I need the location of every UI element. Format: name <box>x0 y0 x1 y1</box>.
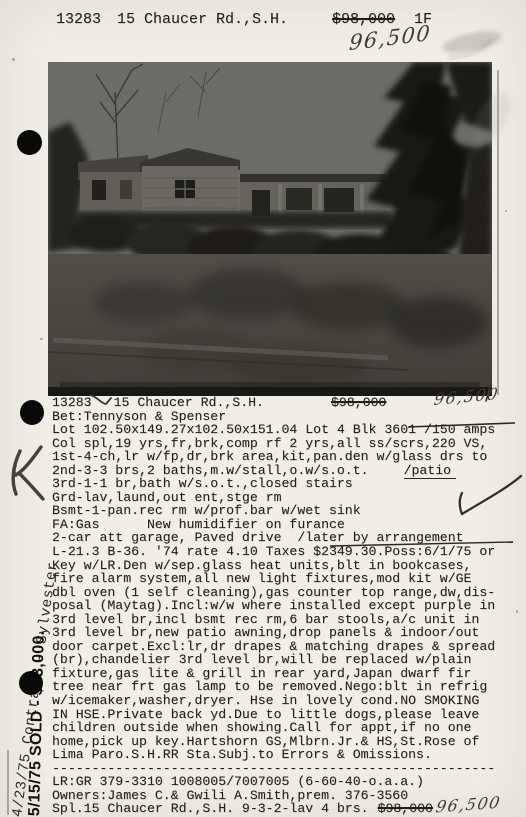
listing-row: L-21.3 B-36. '74 rate 4.10 Taxes $2349.3… <box>52 545 514 559</box>
listing-row: 1st-4-ch,lr w/fp,dr,brk area,kit,pan.den… <box>52 450 514 464</box>
listing-row: door carpet.Excl:lr,dr drapes & matching… <box>52 640 514 654</box>
header-address: 15 Chaucer Rd.,S.H. <box>117 11 288 28</box>
scan-speck <box>516 610 518 613</box>
listing-card-scan: 13283 15 Chaucer Rd.,S.H. $98,000 1F 96,… <box>0 0 526 817</box>
hole-punch <box>19 671 43 695</box>
listing-row: fixture,gas lite & grill in rear yard,Ja… <box>52 667 514 681</box>
listing-row-patio: 2nd-3-3 brs,2 baths,m.w/stall,o.w/s.o.t.… <box>52 464 514 478</box>
listing-row: 3rd level br,incl bsmt rec rm,6 bar stoo… <box>52 613 514 627</box>
patio-row-patio: /patio <box>404 463 456 479</box>
listing-row: home,pick up key.Hartshorn GS,Mlbrn.Jr.&… <box>52 735 514 749</box>
house-photo-image <box>48 62 492 396</box>
listing-row: posal (Maytag).Incl:w/w where installed … <box>52 599 514 613</box>
summary-main: Spl.15 Chaucer Rd.,S.H. 9-3-2-lav 4 brs. <box>52 801 369 816</box>
scan-line-artifact <box>497 70 499 395</box>
scan-line-artifact <box>7 750 9 815</box>
scan-speck <box>505 210 507 212</box>
listing-row-fa: FA:Gas New humidifier on furance <box>52 518 514 532</box>
listing-row: IN HSE.Private back yd.Due to little dog… <box>52 708 514 722</box>
listing-row: 3rd level br,new patio awning,drop panel… <box>52 626 514 640</box>
listing-row: Lot 102.50x149.27x102.50x151.04 Lot 4 Bl… <box>52 423 514 437</box>
line1-address: 15 Chaucer Rd.,S.H. <box>114 395 264 410</box>
listing-row: Bet:Tennyson & Spenser <box>52 410 514 424</box>
scan-speck <box>12 58 15 61</box>
listing-row: children outside when showing.Call for a… <box>52 721 514 735</box>
listing-row-broker: LR:GR 379-3310 1008005/7007005 (6-60-40-… <box>52 775 514 789</box>
line1-old-price: $98,000 <box>331 395 386 410</box>
listing-row: (br),chandelier 3rd level br,will be rep… <box>52 653 514 667</box>
summary-handwritten-price: 96,500 <box>434 793 502 817</box>
listing-text-block: 1328315 Chaucer Rd.,S.H.$98,000 Bet:Tenn… <box>52 396 514 802</box>
listing-row: 3rd-1-1 br,bath w/s.o.t.,closed stairs <box>52 477 514 491</box>
summary-row: Spl.15 Chaucer Rd.,S.H. 9-3-2-lav 4 brs.… <box>52 801 433 816</box>
listing-row: Lima Paro.S.H.RR Sta.Subj.to Errors & Om… <box>52 748 514 762</box>
summary-old-price: $98,000 <box>378 801 433 816</box>
listing-row: Col spl,19 yrs,fr,brk,comp rf 2 yrs,all … <box>52 437 514 451</box>
listing-row: Bsmt-1-pan.rec rm w/prof.bar w/wet sink <box>52 504 514 518</box>
listing-row: dbl oven (1 self cleaning),gas counter t… <box>52 586 514 600</box>
listing-row: Key w/LR.Den w/sep.glass heat units,blt … <box>52 559 514 573</box>
listing-row: 2-car att garage, Paved drive /later by … <box>52 531 514 545</box>
divider-dashes: ----------------------------------------… <box>52 762 514 776</box>
line1-mls-number: 13283 <box>52 395 92 410</box>
listing-row: w/icemaker,washer,dryer. Hse in lovely c… <box>52 694 514 708</box>
k-mark <box>13 447 43 499</box>
listing-row: tree near frt gas lamp to be removed.Neg… <box>52 680 514 694</box>
listing-row: fire alarm system,all new light fixtures… <box>52 572 514 586</box>
hole-punch <box>20 400 44 425</box>
house-photo <box>48 62 492 396</box>
margin-note-sold: 5/15/75 SOLD - $93,000. <box>26 630 49 816</box>
scan-speck <box>40 338 43 340</box>
hole-punch <box>17 130 42 155</box>
header-row: 13283 15 Chaucer Rd.,S.H. $98,000 1F <box>0 11 526 35</box>
header-mls-number: 13283 <box>56 11 101 28</box>
listing-row: Grd-lav,laund,out ent,stge rm <box>52 491 514 505</box>
